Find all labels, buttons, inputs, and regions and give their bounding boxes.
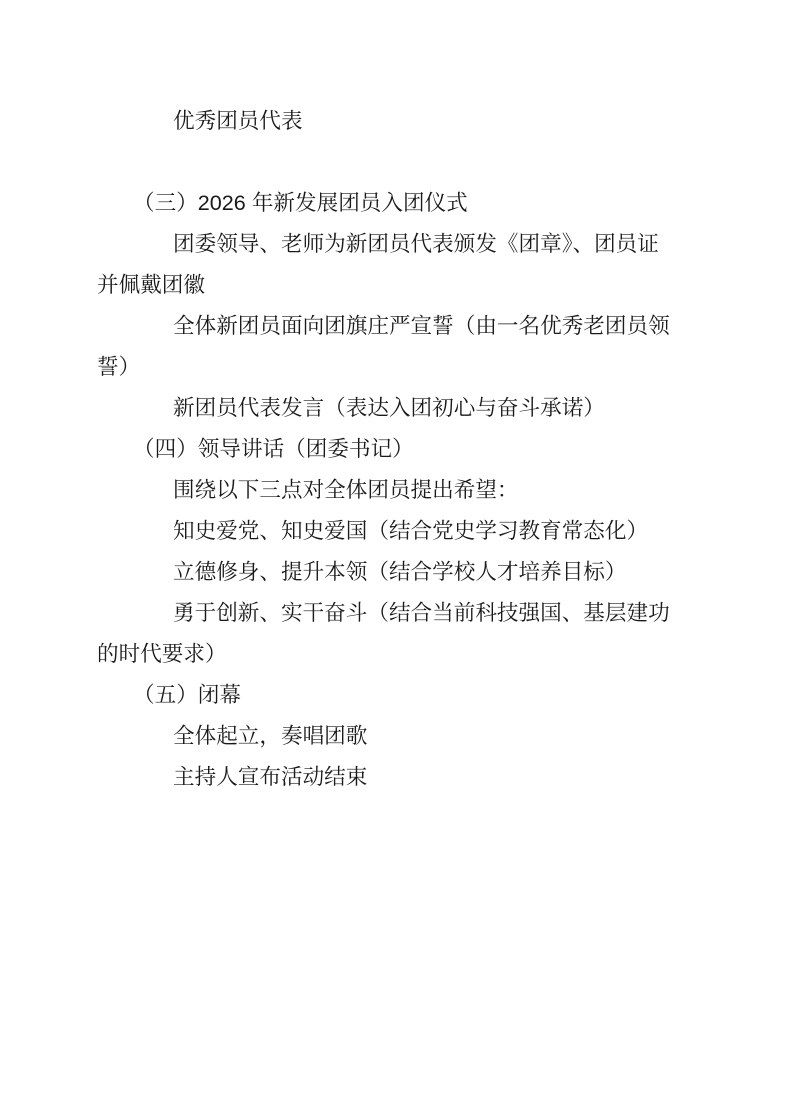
document-line: 主持人宣布活动结束	[97, 756, 697, 797]
document-line: （四）领导讲话（团委书记）	[97, 428, 697, 469]
document-line: 新团员代表发言（表达入团初心与奋斗承诺）	[97, 387, 697, 428]
document-line: 优秀团员代表	[97, 100, 697, 141]
document-line: 全体新团员面向团旗庄严宣誓（由一名优秀老团员领	[97, 305, 697, 346]
empty-line	[97, 141, 697, 182]
document-line: 围绕以下三点对全体团员提出希望：	[97, 469, 697, 510]
document-line: 勇于创新、实干奋斗（结合当前科技强国、基层建功	[97, 592, 697, 633]
document-line: 知史爱党、知史爱国（结合党史学习教育常态化）	[97, 510, 697, 551]
document-line: （三）2026 年新发展团员入团仪式	[97, 182, 697, 223]
document-line: 的时代要求）	[97, 633, 697, 674]
document-line: 全体起立，奏唱团歌	[97, 715, 697, 756]
document-text-block: 优秀团员代表（三）2026 年新发展团员入团仪式团委领导、老师为新团员代表颁发《…	[97, 100, 697, 797]
document-line: 立德修身、提升本领（结合学校人才培养目标）	[97, 551, 697, 592]
document-page: 优秀团员代表（三）2026 年新发展团员入团仪式团委领导、老师为新团员代表颁发《…	[0, 0, 786, 1116]
document-line: 誓）	[97, 346, 697, 387]
document-line: 并佩戴团徽	[97, 264, 697, 305]
document-line: 团委领导、老师为新团员代表颁发《团章》、团员证	[97, 223, 697, 264]
document-line: （五）闭幕	[97, 674, 697, 715]
